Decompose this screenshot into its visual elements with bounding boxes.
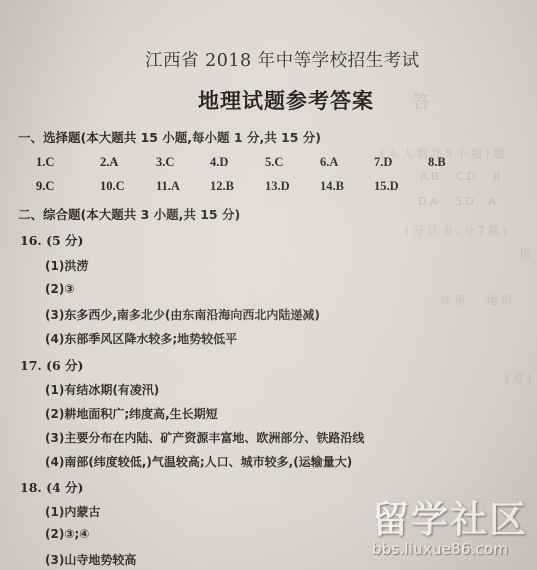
bleed-through-text: 答 <box>412 88 430 114</box>
mc-answer: 11.A <box>156 179 180 194</box>
watermark-url: bbs.liuxue86.com <box>372 540 532 558</box>
question-17-label: 17. (6 分) <box>20 356 83 374</box>
question-18-answer-2: (2)③;④ <box>45 527 89 541</box>
mc-answer: 12.B <box>210 179 234 194</box>
question-17-answer-1: (1)有结冰期(有凌汛) <box>45 381 159 398</box>
mc-answer: 3.C <box>156 155 174 170</box>
mc-answer: 6.A <box>320 155 338 170</box>
mc-answer: 2.A <box>100 155 118 170</box>
mc-answer: 15.D <box>374 179 399 194</box>
bleed-through-text: 高 原 地 形 <box>440 292 512 308</box>
question-18-label: 18. (4 分) <box>20 478 83 496</box>
question-16-answer-2: (2)③ <box>45 282 74 296</box>
mc-answers-row-1: 1.C 2.A 3.C 4.D 5.C 6.A 7.D 8.B <box>36 155 516 173</box>
mc-answer: 1.C <box>36 155 54 170</box>
mc-answer: 8.B <box>428 155 446 170</box>
mc-answer: 7.D <box>374 155 392 170</box>
exam-answer-page: 江西省 2018 年中等学校招生考试 地理试题参考答案 答 ( 本 大 题 共 … <box>0 0 537 570</box>
mc-answer: 5.C <box>265 155 283 170</box>
question-16-answer-4: (4)东部季风区降水较多;地势较低平 <box>45 330 237 347</box>
bleed-through-text: ( 分 计 表 , 分 7 题 ) <box>405 222 507 238</box>
section-multiple-choice-heading: 一、选择题(本大题共 15 小题,每小题 1 分,共 15 分) <box>18 128 321 146</box>
question-16-answer-1: (1)洪涝 <box>45 257 88 274</box>
question-17-answer-4: (4)南部(纬度较低,)气温较高;人口、城市较多,(运输量大) <box>45 453 352 470</box>
section-comprehensive-heading: 二、综合题(本大题共 3 小题,共 15 分) <box>18 205 240 223</box>
mc-answers-row-2: 9.C 10.C 11.A 12.B 13.D 14.B 15.D <box>36 179 516 197</box>
question-16-answer-3: (3)东多西少,南多北少(由东南沿海向西北内陆递减) <box>45 306 320 323</box>
mc-answer: 4.D <box>210 155 228 170</box>
exam-title: 江西省 2018 年中等学校招生考试 <box>145 47 445 72</box>
mc-answer: 13.D <box>265 179 290 194</box>
mc-answer: 14.B <box>320 179 344 194</box>
question-18-answer-3: (3)山寺地势较高 <box>45 551 136 568</box>
mc-answer: 9.C <box>36 179 54 194</box>
question-17-answer-3: (3)主要分布在内陆、矿产资源丰富地、欧洲部分、铁路沿线 <box>45 429 364 446</box>
bleed-through-text: 因 <box>520 245 531 261</box>
mc-answer: 10.C <box>100 179 125 194</box>
bleed-through-text: ( 原 ) <box>505 370 532 386</box>
question-18-answer-1: (1)内蒙古 <box>45 503 100 520</box>
site-watermark: 留学社区 bbs.liuxue86.com <box>372 500 532 564</box>
question-17-answer-2: (2)耕地面积广;纬度高,生长期短 <box>45 405 218 422</box>
watermark-logo-text: 留学社区 <box>372 500 532 540</box>
question-16-label: 16. (5 分) <box>20 231 83 249</box>
document-subtitle: 地理试题参考答案 <box>198 85 374 115</box>
